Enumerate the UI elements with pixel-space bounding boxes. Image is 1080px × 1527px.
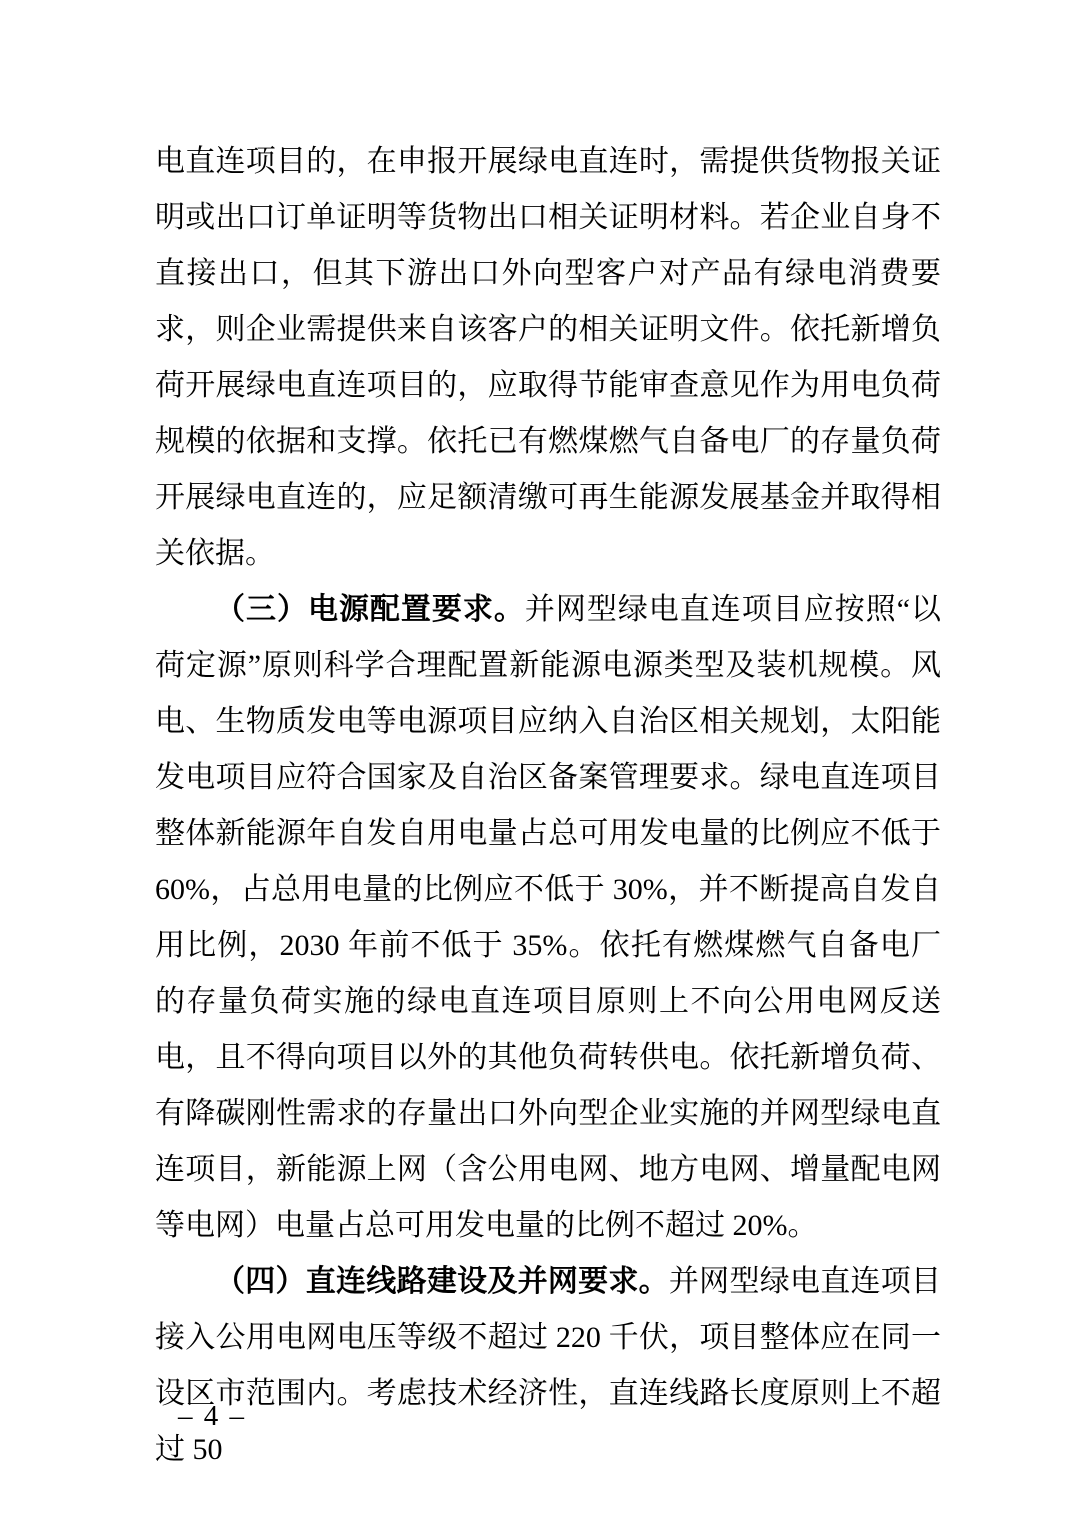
body-text: 电直连项目的，在申报开展绿电直连时，需提供货物报关证明或出口订单证明等货物出口相…: [155, 145, 941, 570]
paragraph: （四）直连线路建设及并网要求。并网型绿电直连项目接入公用电网电压等级不超过 22…: [155, 1254, 941, 1478]
page-number: – 4 –: [178, 1398, 246, 1434]
document-body: 电直连项目的，在申报开展绿电直连时，需提供货物报关证明或出口订单证明等货物出口相…: [155, 134, 941, 1478]
paragraph: （三）电源配置要求。并网型绿电直连项目应按照“以荷定源”原则科学合理配置新能源电…: [155, 582, 941, 1254]
body-text: 并网型绿电直连项目应按照“以荷定源”原则科学合理配置新能源电源类型及装机规模。风…: [155, 593, 941, 1242]
document-page: 电直连项目的，在申报开展绿电直连时，需提供货物报关证明或出口订单证明等货物出口相…: [0, 0, 1080, 1527]
section-heading: （三）电源配置要求。: [215, 593, 525, 626]
paragraph: 电直连项目的，在申报开展绿电直连时，需提供货物报关证明或出口订单证明等货物出口相…: [155, 134, 941, 582]
section-heading: （四）直连线路建设及并网要求。: [215, 1265, 669, 1298]
